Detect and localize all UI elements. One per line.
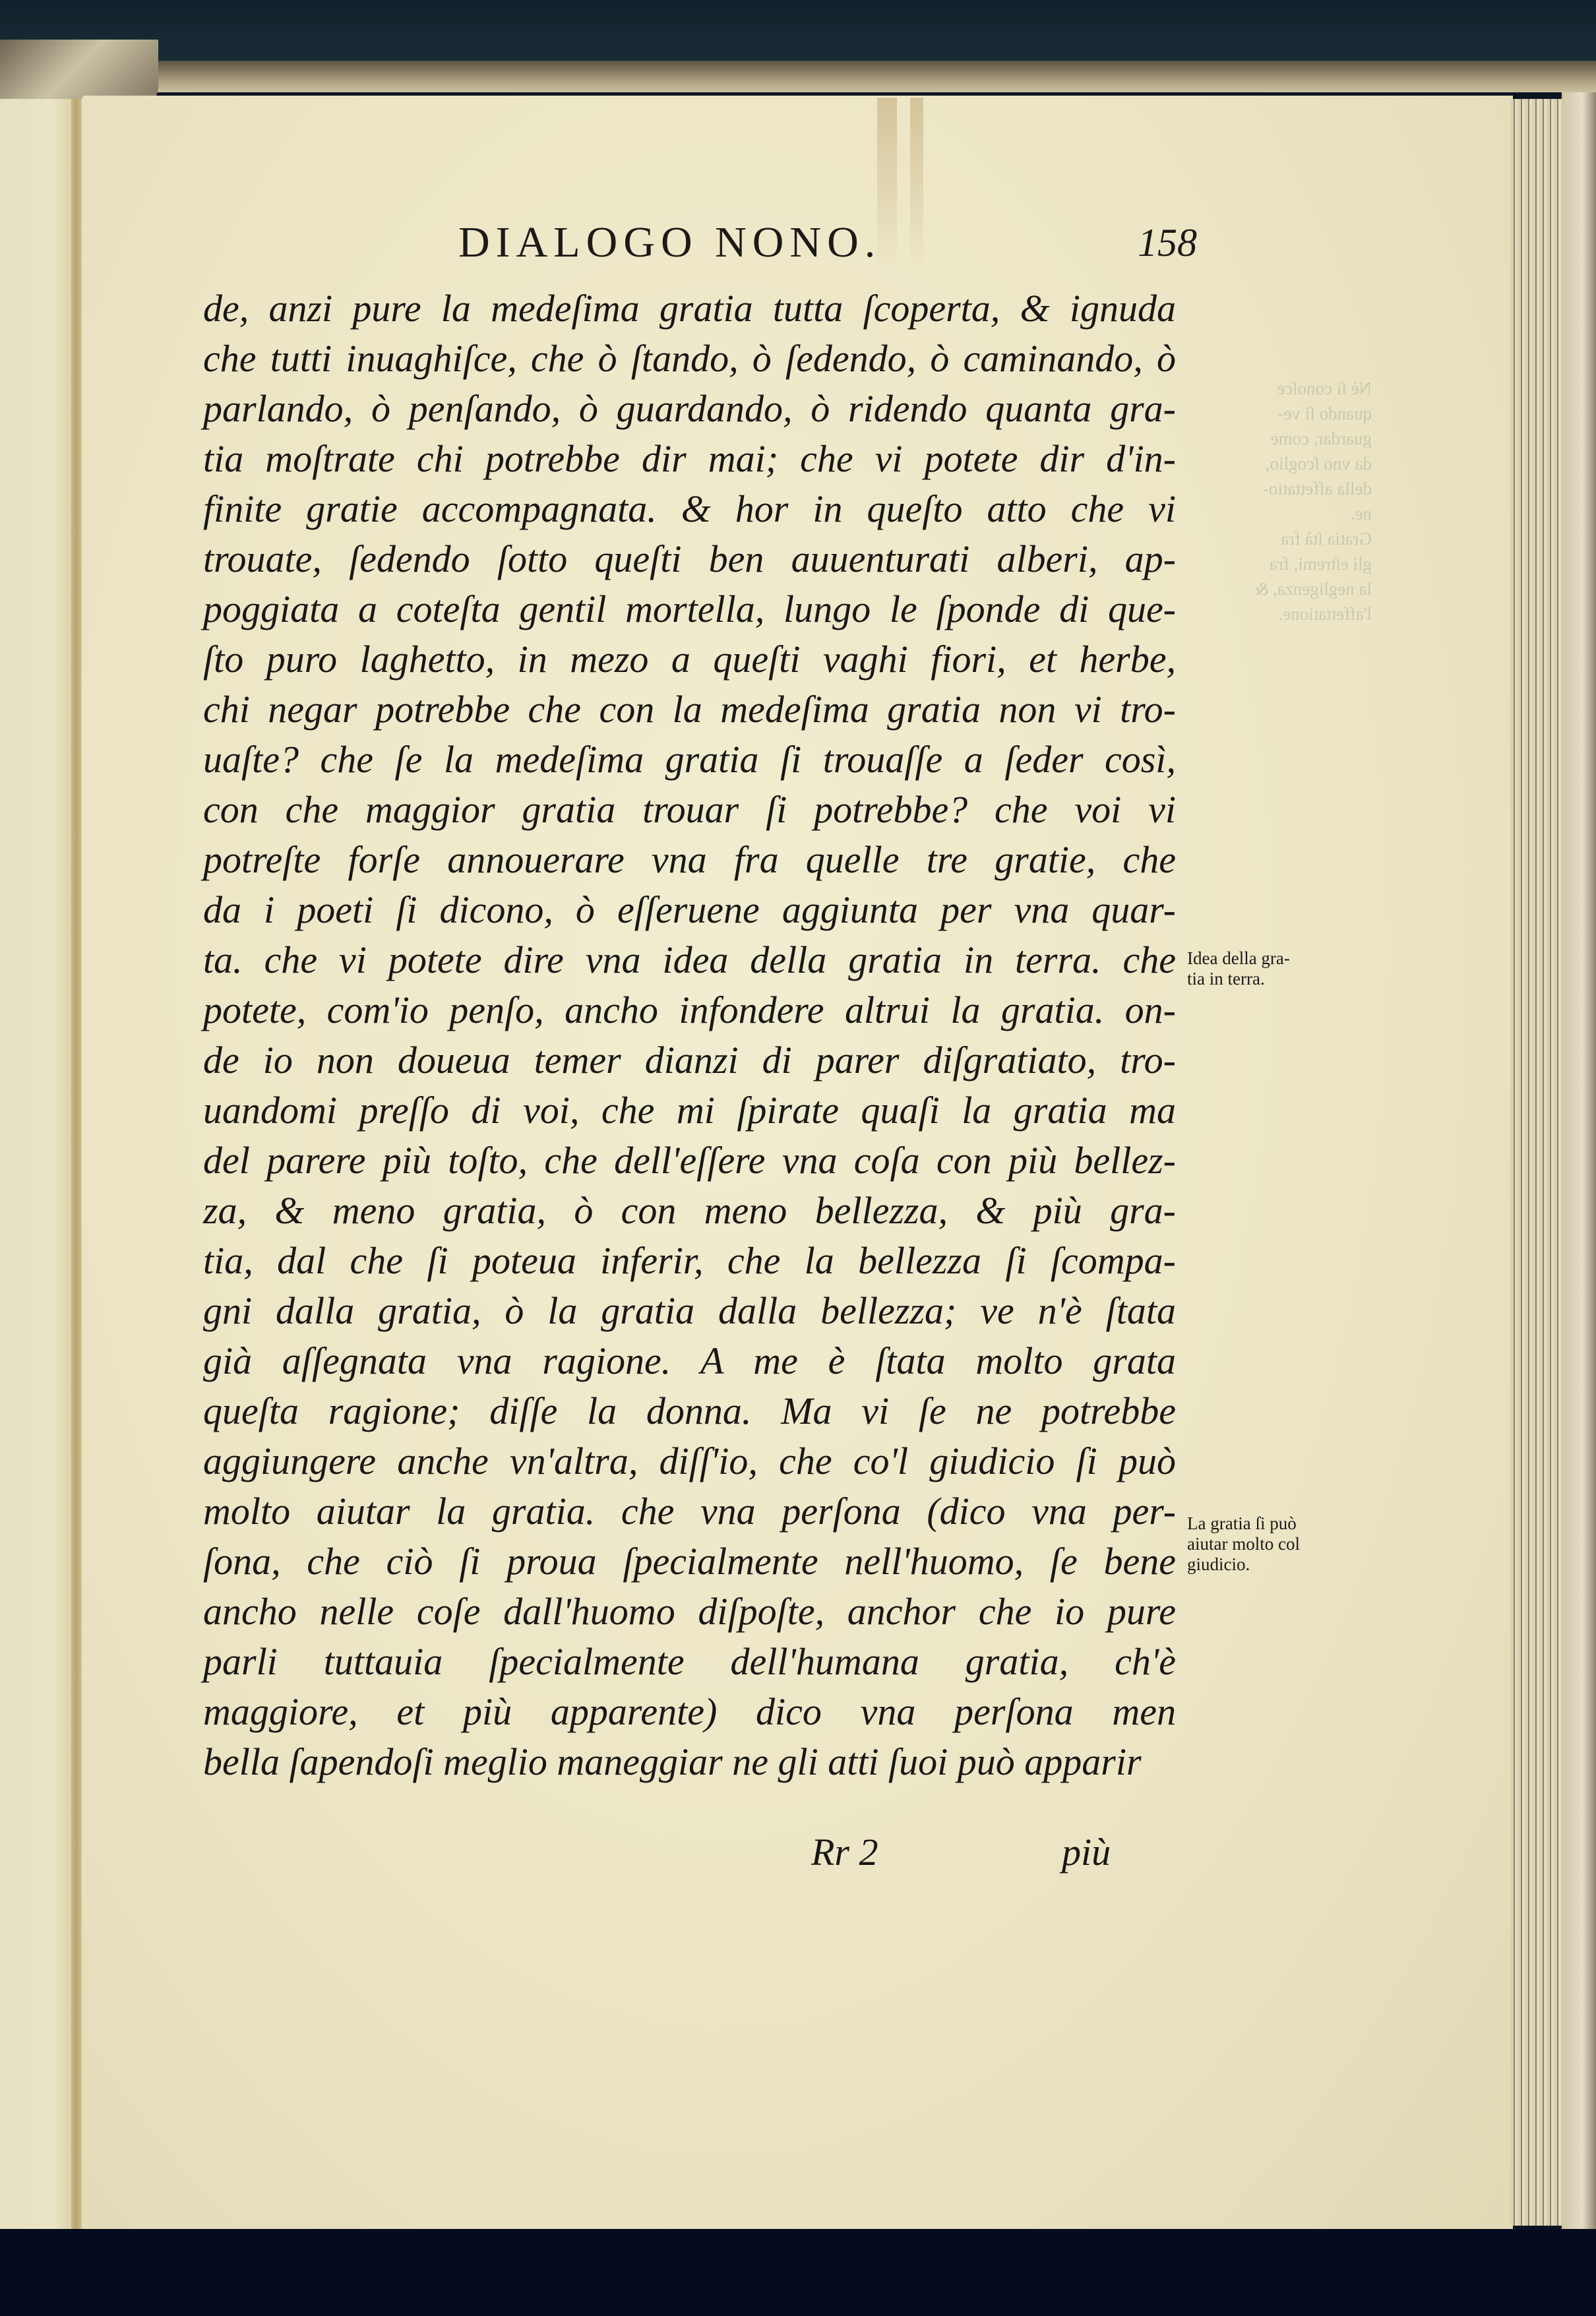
- text-line: uaſte? che ſe la medeſima gratia ſi trou…: [203, 735, 1176, 785]
- text-line: ſona, che ciò ſi proua ſpecialmente nell…: [203, 1537, 1176, 1587]
- marginal-note-line: Idea della gra-: [1187, 948, 1359, 969]
- text-line: potreſte forſe annouerare vna fra quelle…: [203, 835, 1176, 885]
- text-line: potete, com'io penſo, ancho infondere al…: [203, 985, 1176, 1035]
- text-line: ta. che vi potete dire vna idea della gr…: [203, 935, 1176, 985]
- catchword: più: [1062, 1830, 1111, 1874]
- body-text-block: de, anzi pure la medeſima gratia tutta ſ…: [203, 284, 1176, 1787]
- text-line: già aſſegnata vna ragione. A me è ſtata …: [203, 1336, 1176, 1386]
- text-line: che tutti inuaghiſce, che ò ſtando, ò ſe…: [203, 334, 1176, 384]
- marginal-note-line: La gratia ſi può: [1187, 1513, 1359, 1534]
- signature-mark: Rr 2: [811, 1830, 878, 1874]
- text-line: da i poeti ſi dicono, ò eſſeruene aggiun…: [203, 885, 1176, 935]
- marginal-note-idea: Idea della gra- tia in terra.: [1187, 948, 1359, 989]
- text-line: ſto puro laghetto, in mezo a queſti vagh…: [203, 634, 1176, 685]
- text-line: molto aiutar la gratia. che vna perſona …: [203, 1486, 1176, 1537]
- text-line: tia, dal che ſi poteua inferir, che la b…: [203, 1236, 1176, 1286]
- text-line: parlando, ò penſando, ò guardando, ò rid…: [203, 384, 1176, 434]
- running-head: DIALOGO NONO. 158: [458, 218, 1197, 270]
- binding-top-edge: [0, 61, 1596, 92]
- left-page-sliver: [0, 99, 76, 2229]
- running-title: DIALOGO NONO.: [458, 218, 881, 268]
- text-line: de, anzi pure la medeſima gratia tutta ſ…: [203, 284, 1176, 334]
- text-line: chi negar potrebbe che con la medeſima g…: [203, 685, 1176, 735]
- page-number: 158: [1138, 220, 1197, 266]
- marginal-note-line: aiutar molto col: [1187, 1534, 1359, 1554]
- text-line: za, & meno gratia, ò con meno bellezza, …: [203, 1186, 1176, 1236]
- text-line: queſta ragione; diſſe la donna. Ma vi ſe…: [203, 1386, 1176, 1436]
- text-line: ancho nelle coſe dall'huomo diſpoſte, an…: [203, 1587, 1176, 1637]
- text-line: del parere più toſto, che dell'eſſere vn…: [203, 1136, 1176, 1186]
- text-line: tia moſtrate chi potrebbe dir mai; che v…: [203, 434, 1176, 484]
- fore-edge-page-stack: [1510, 99, 1562, 2226]
- text-line: trouate, ſedendo ſotto queſti ben auuent…: [203, 534, 1176, 584]
- text-line: con che maggior gratia trouar ſi potrebb…: [203, 785, 1176, 835]
- cover-board-edge: [1562, 92, 1596, 2229]
- marginal-note-line: tia in terra.: [1187, 969, 1359, 989]
- marginal-note-line: giudicio.: [1187, 1554, 1359, 1575]
- text-line: maggiore, et più apparente) dico vna per…: [203, 1687, 1176, 1737]
- text-line: poggiata a coteſta gentil mortella, lung…: [203, 584, 1176, 634]
- text-line: parli tuttauia ſpecialmente dell'humana …: [203, 1637, 1176, 1687]
- text-line: de io non doueua temer dianzi di parer d…: [203, 1035, 1176, 1085]
- text-line: bella ſapendoſi meglio maneggiar ne gli …: [203, 1737, 1176, 1787]
- text-line: gni dalla gratia, ò la gratia dalla bell…: [203, 1286, 1176, 1336]
- text-line: uandomi preſſo di voi, che mi ſpirate qu…: [203, 1085, 1176, 1136]
- marginal-note-giudicio: La gratia ſi può aiutar molto col giudic…: [1187, 1513, 1359, 1575]
- scanner-backdrop-bottom: [0, 2229, 1596, 2316]
- text-line: aggiungere anche vn'altra, diſſ'io, che …: [203, 1436, 1176, 1486]
- show-through-text: Nè ſi conoſce quando ſi ve- guardar, com…: [1200, 376, 1372, 640]
- text-line: finite gratie accompagnata. & hor in que…: [203, 484, 1176, 534]
- signature-line: Rr 2 più: [811, 1830, 1207, 1883]
